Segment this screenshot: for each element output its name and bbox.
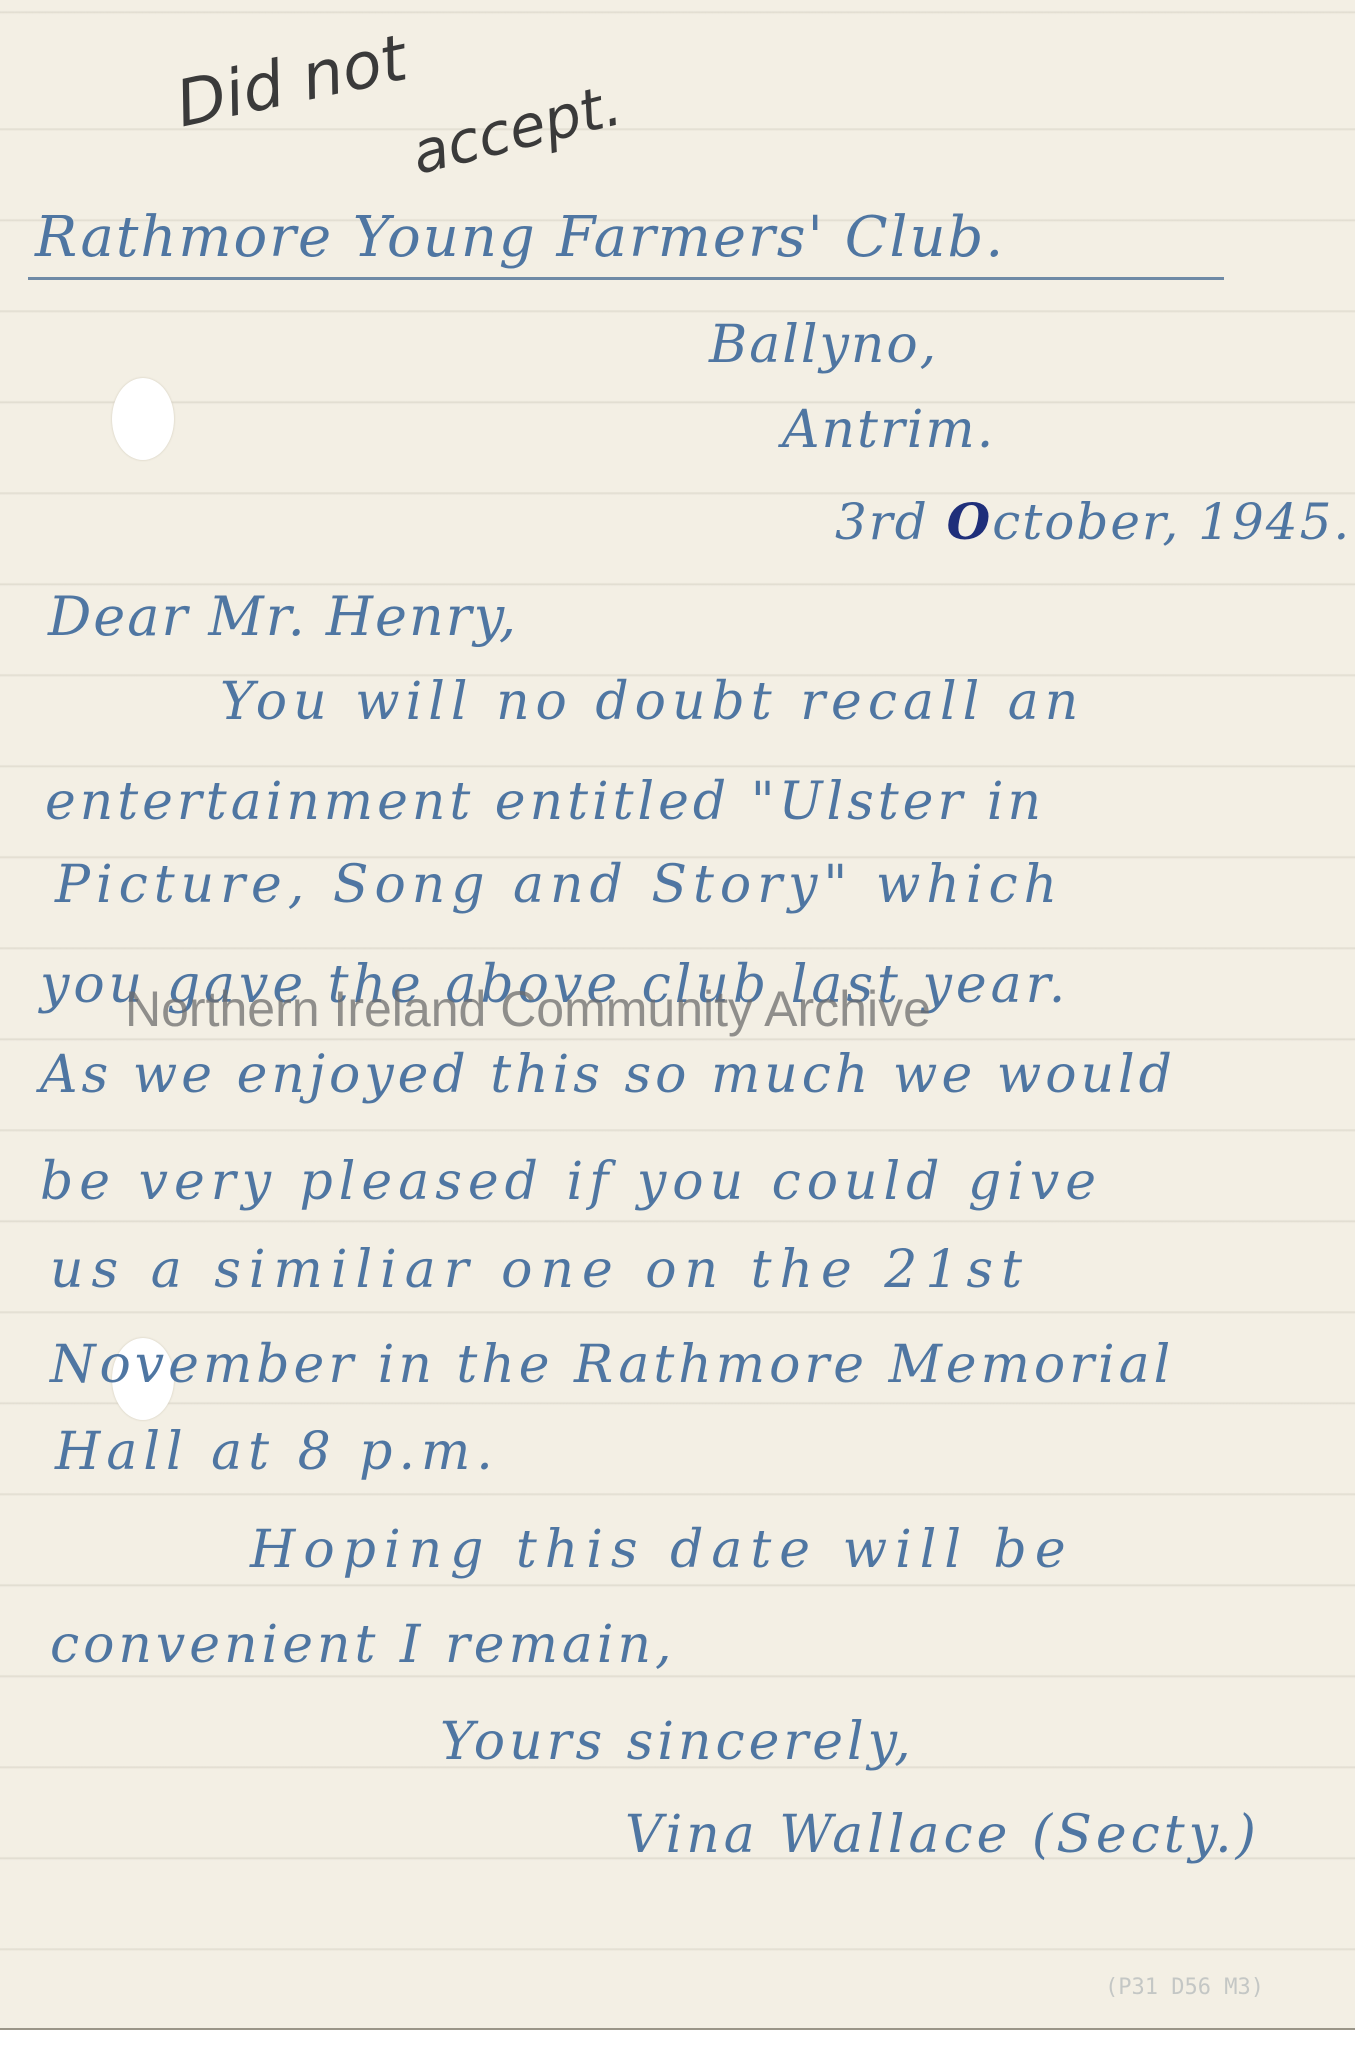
- body-line: Picture, Song and Story" which: [55, 855, 1063, 915]
- archive-reference-stamp: (P31 D56 M3): [1105, 1975, 1264, 2000]
- address-line2: Antrim.: [782, 400, 995, 460]
- signature: Vina Wallace (Secty.): [625, 1805, 1260, 1865]
- body-line: As we enjoyed this so much we would: [40, 1045, 1176, 1105]
- body-line: us a similiar one on the 21st: [50, 1240, 1030, 1300]
- body-line: entertainment entitled "Ulster in: [45, 772, 1045, 832]
- body-line: You will no doubt recall an: [220, 672, 1084, 732]
- body-line: convenient I remain,: [50, 1615, 676, 1675]
- letter-date: 3rd October, 1945.: [835, 492, 1351, 551]
- archive-watermark: Northern Ireland Community Archive: [125, 980, 931, 1038]
- body-line: be very pleased if you could give: [40, 1152, 1102, 1212]
- letterhead-underline: [28, 277, 1224, 280]
- closing: Yours sincerely,: [440, 1712, 915, 1772]
- body-line: November in the Rathmore Memorial: [50, 1335, 1174, 1395]
- body-line: Hoping this date will be: [250, 1520, 1074, 1580]
- salutation: Dear Mr. Henry,: [48, 585, 518, 648]
- date-overwritten-letter: O: [947, 492, 993, 551]
- pencil-annotation-line2: accept.: [405, 70, 628, 188]
- letterhead: Rathmore Young Farmers' Club.: [35, 205, 1005, 270]
- pencil-annotation-line1: Did not: [170, 22, 413, 143]
- letter-paper: Did not accept. Rathmore Young Farmers' …: [0, 0, 1355, 2030]
- date-prefix: 3rd: [835, 493, 947, 551]
- date-rest: ctober, 1945.: [992, 493, 1351, 551]
- body-line: Hall at 8 p.m.: [55, 1422, 499, 1482]
- punch-hole-top: [112, 378, 174, 460]
- address-line1: Ballyno,: [709, 315, 938, 375]
